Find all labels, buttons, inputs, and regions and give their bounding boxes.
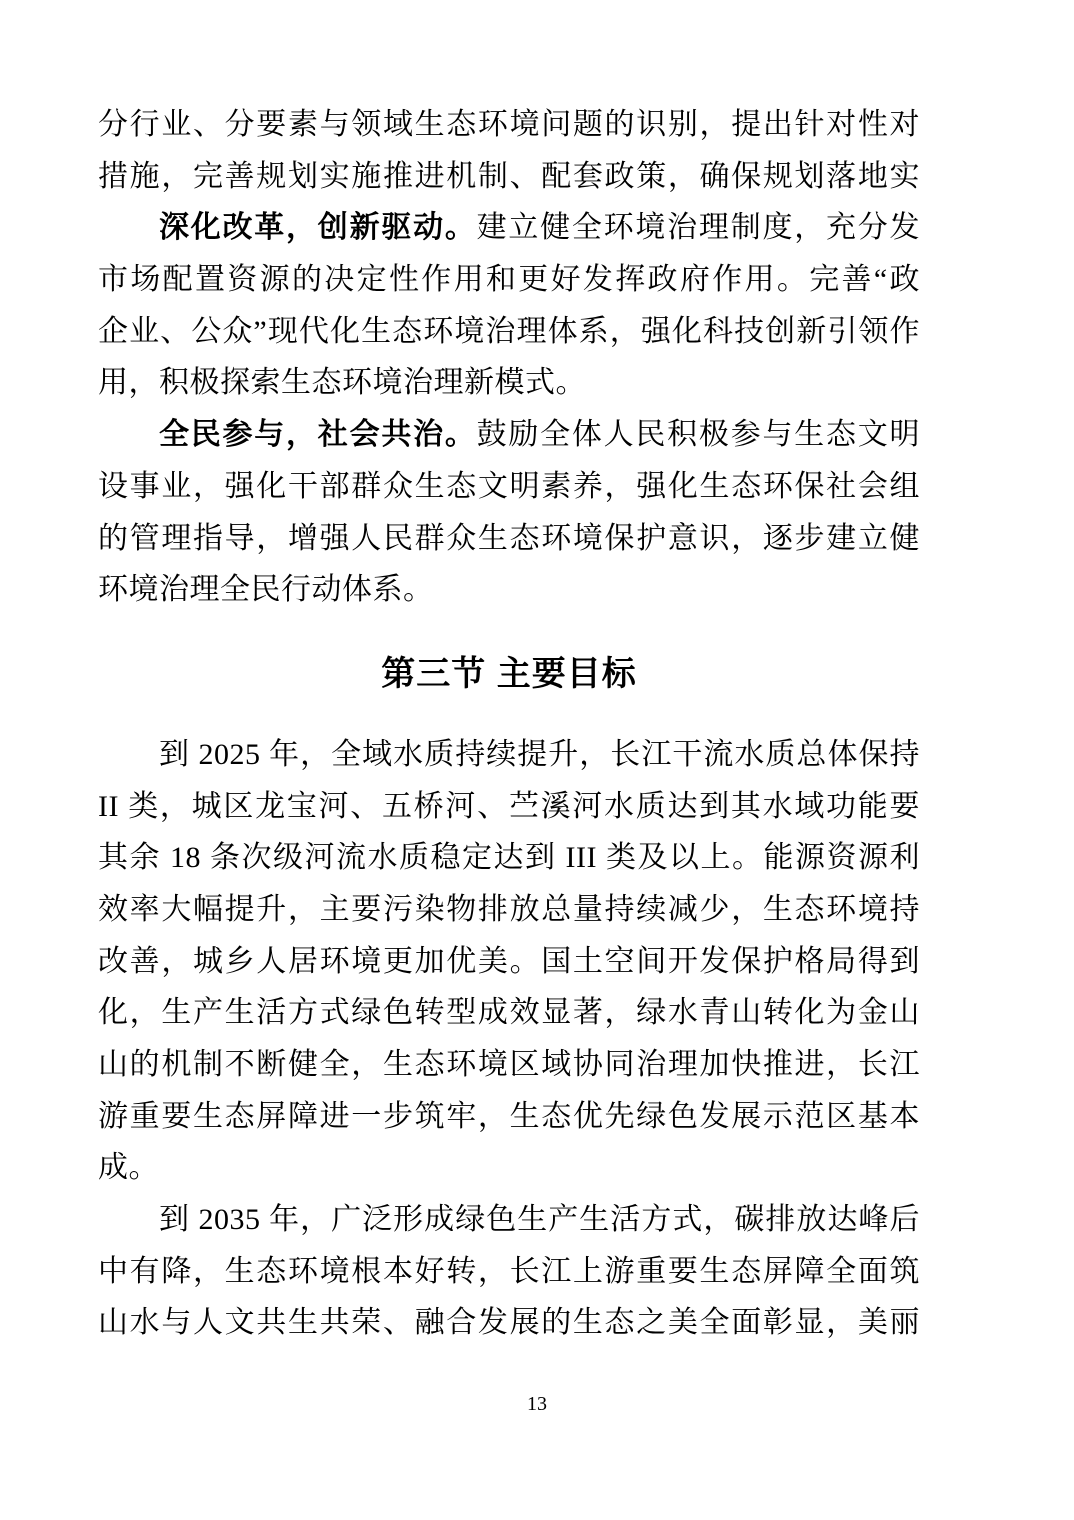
paragraph-lead-bold: 深化改革，创新驱动。 — [159, 211, 477, 244]
text-line: 市场配置资源的决定性作用和更好发挥政府作用。完善“政府、 — [98, 254, 920, 306]
text-line: 成。 — [98, 1142, 920, 1194]
text-line: 中有降，生态环境根本好转，长江上游重要生态屏障全面筑牢， — [98, 1246, 920, 1298]
text-line: 企业、公众”现代化生态环境治理体系，强化科技创新引领作 — [98, 306, 920, 358]
document-page: 分行业、分要素与领域生态环境问题的识别，提出针对性对策 措施，完善规划实施推进机… — [0, 0, 1074, 1520]
paragraph-lead-bold: 全民参与，社会共治。 — [159, 418, 477, 451]
paragraph: 全民参与，社会共治。鼓励全体人民积极参与生态文明建 设事业，强化干部群众生态文明… — [98, 409, 920, 616]
text-line: II 类，城区龙宝河、五桥河、苎溪河水质达到其水域功能要求， — [98, 781, 920, 833]
text-line: 游重要生态屏障进一步筑牢，生态优先绿色发展示范区基本建 — [98, 1091, 920, 1143]
text-line: 改善，城乡人居环境更加优美。国土空间开发保护格局得到优 — [98, 936, 920, 988]
paragraph: 深化改革，创新驱动。建立健全环境治理制度，充分发挥 市场配置资源的决定性作用和更… — [98, 202, 920, 409]
paragraph: 到 2025 年，全域水质持续提升，长江干流水质总体保持 II 类，城区龙宝河、… — [98, 729, 920, 1194]
text-line: 山的机制不断健全，生态环境区域协同治理加快推进，长江上 — [98, 1039, 920, 1091]
text-line: 的管理指导，增强人民群众生态环境保护意识，逐步建立健全 — [98, 513, 920, 565]
text-line: 其余 18 条次级河流水质稳定达到 III 类及以上。能源资源利用 — [98, 832, 920, 884]
text-line: 深化改革，创新驱动。建立健全环境治理制度，充分发挥 — [98, 202, 920, 254]
text-line: 化，生产生活方式绿色转型成效显著，绿水青山转化为金山银 — [98, 987, 920, 1039]
text-line: 用，积极探索生态环境治理新模式。 — [98, 357, 920, 409]
text-line: 效率大幅提升，主要污染物排放总量持续减少，生态环境持续 — [98, 884, 920, 936]
text-line: 山水与人文共生共荣、融合发展的生态之美全面彰显，美丽万 — [98, 1297, 920, 1349]
body-text: 分行业、分要素与领域生态环境问题的识别，提出针对性对策 措施，完善规划实施推进机… — [98, 99, 920, 1349]
page-number: 13 — [0, 1392, 1074, 1416]
text-line: 设事业，强化干部群众生态文明素养，强化生态环保社会组织 — [98, 461, 920, 513]
paragraph: 到 2035 年，广泛形成绿色生产生活方式，碳排放达峰后稳 中有降，生态环境根本… — [98, 1194, 920, 1349]
text-line: 全民参与，社会共治。鼓励全体人民积极参与生态文明建 — [98, 409, 920, 461]
text-line: 分行业、分要素与领域生态环境问题的识别，提出针对性对策 — [98, 99, 920, 151]
text-line: 措施，完善规划实施推进机制、配套政策，确保规划落地实施。 — [98, 151, 920, 203]
section-heading: 第三节 主要目标 — [98, 644, 920, 704]
text-line: 环境治理全民行动体系。 — [98, 564, 920, 616]
text-line: 到 2035 年，广泛形成绿色生产生活方式，碳排放达峰后稳 — [98, 1194, 920, 1246]
paragraph: 分行业、分要素与领域生态环境问题的识别，提出针对性对策 措施，完善规划实施推进机… — [98, 99, 920, 202]
text-line: 到 2025 年，全域水质持续提升，长江干流水质总体保持 — [98, 729, 920, 781]
